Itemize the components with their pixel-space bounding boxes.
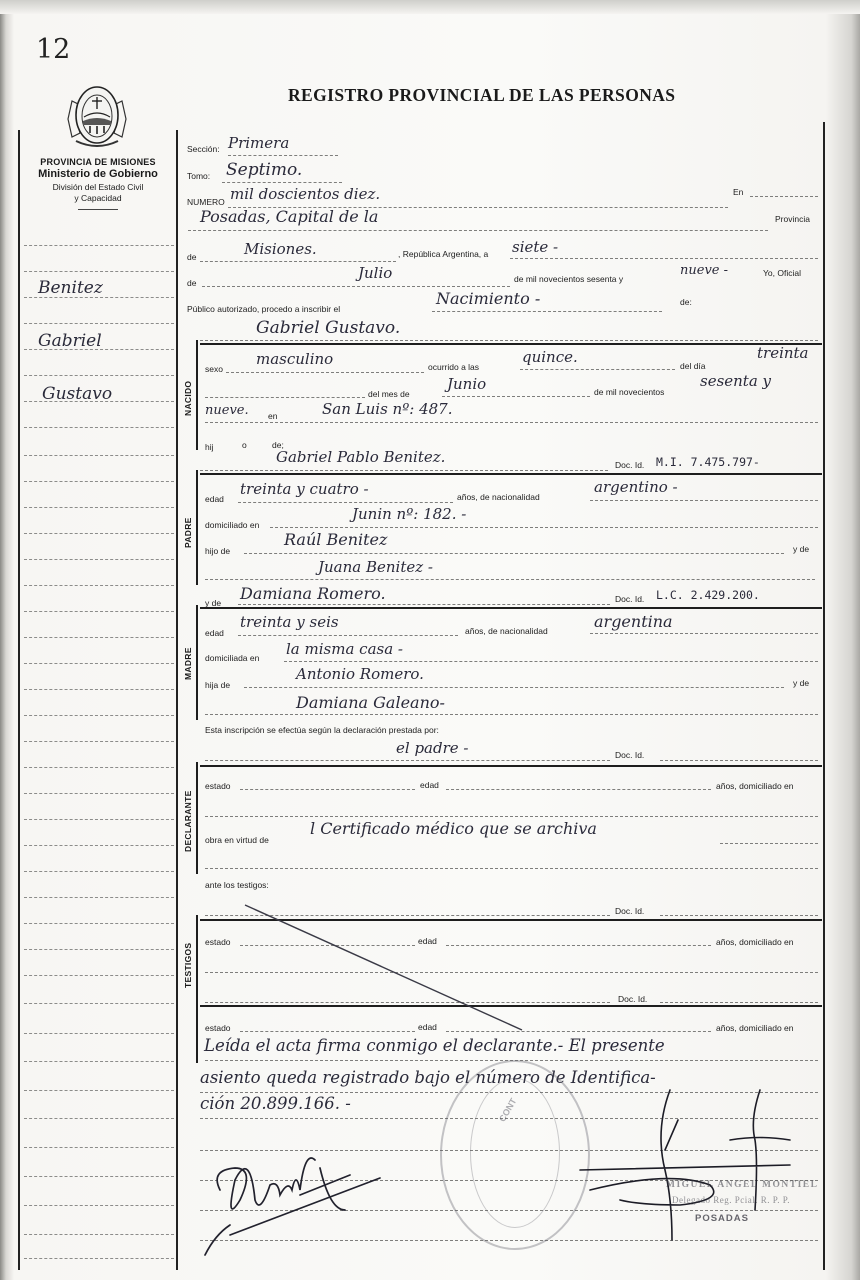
closing-line-1: Leída el acta firma conmigo el declarant…: [204, 1036, 665, 1055]
official-name: MIGUEL ANGEL MONTIEL: [666, 1180, 818, 1190]
closing-line-3: ción 20.899.166. -: [200, 1094, 351, 1113]
official-signature-icon: [560, 1080, 820, 1250]
declarant-signature-icon: [200, 1140, 400, 1270]
official-city: POSADAS: [695, 1213, 749, 1224]
official-role: Delegado Reg. Pcial. R. P. P.: [672, 1195, 790, 1205]
